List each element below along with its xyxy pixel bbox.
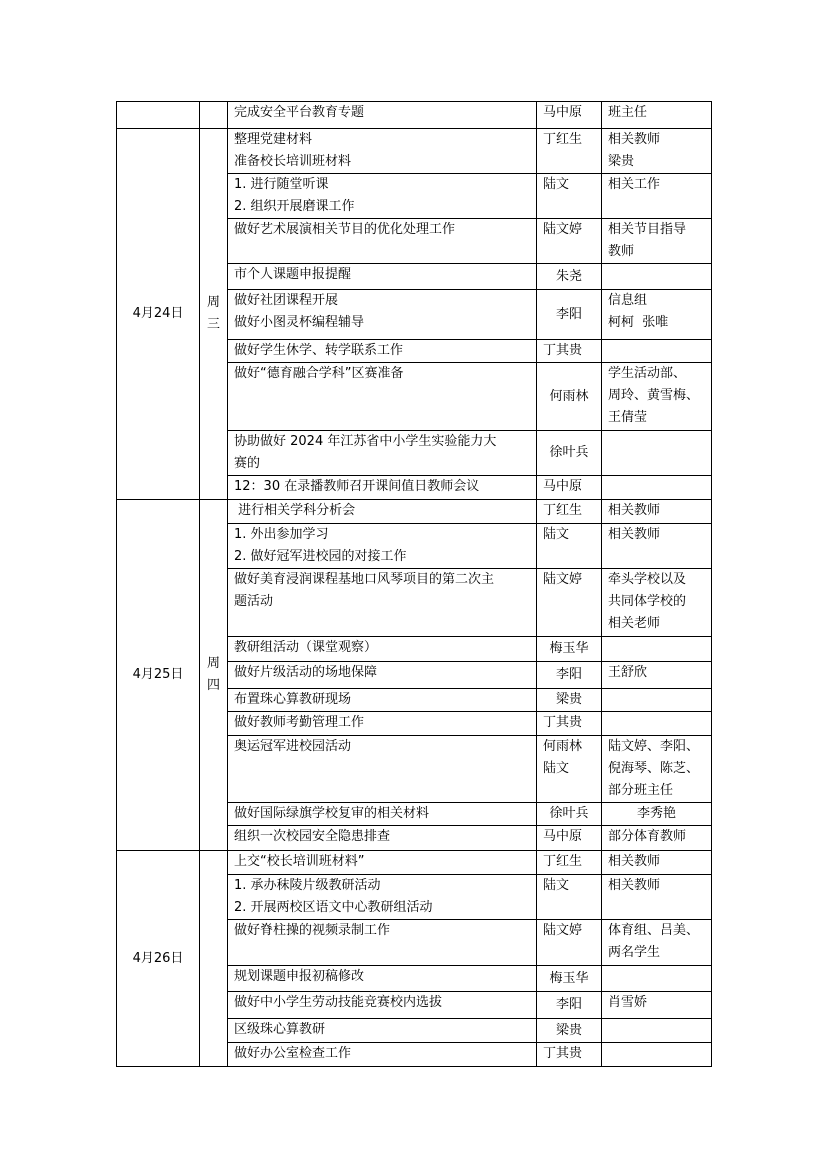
- task-cell: 1. 外出参加学习2. 做好冠军进校园的对接工作: [228, 524, 537, 569]
- partners-cell: 部分体育教师: [602, 826, 712, 851]
- task-cell: 规划课题申报初稿修改: [228, 966, 537, 992]
- partners-cell: [602, 637, 712, 662]
- owner-cell: 陆文婷: [537, 219, 602, 264]
- task-cell: 12：30 在录播教师召开课间值日教师会议: [228, 476, 537, 500]
- date-cell: [117, 102, 200, 129]
- weekday-cell: [200, 851, 228, 1067]
- task-cell: 1. 进行随堂听课2. 组织开展磨课工作: [228, 174, 537, 219]
- table-row: 4月25日 周四 进行相关学科分析会 丁红生 相关教师: [117, 500, 712, 524]
- table-row: 4月24日 周三 整理党建材料准备校长培训班材料 丁红生 相关教师梁贵: [117, 129, 712, 174]
- owner-cell: 梅玉华: [537, 637, 602, 662]
- task-cell: 教研组活动（课堂观察）: [228, 637, 537, 662]
- partners-cell: 相关教师: [602, 875, 712, 920]
- partners-cell: [602, 712, 712, 736]
- task-cell: 做好脊柱操的视频录制工作: [228, 920, 537, 966]
- owner-cell: 李阳: [537, 290, 602, 340]
- task-cell: 协助做好 2024 年江苏省中小学生实验能力大赛的: [228, 431, 537, 476]
- partners-cell: 体育组、吕美、两名学生: [602, 920, 712, 966]
- task-cell: 完成安全平台教育专题: [228, 102, 537, 129]
- task-cell: 做好中小学生劳动技能竞赛校内选拔: [228, 992, 537, 1019]
- partners-cell: [602, 966, 712, 992]
- owner-cell: 陆文: [537, 875, 602, 920]
- owner-cell: 徐叶兵: [537, 803, 602, 826]
- partners-cell: 相关节目指导教师: [602, 219, 712, 264]
- task-cell: 做好美育浸润课程基地口风琴项目的第二次主题活动: [228, 569, 537, 637]
- weekday-cell: [200, 102, 228, 129]
- owner-cell: 何雨林 陆文: [537, 736, 602, 803]
- partners-cell: 王舒欣: [602, 662, 712, 689]
- table-row: 4月26日 上交“校长培训班材料” 丁红生 相关教师: [117, 851, 712, 875]
- owner-cell: 丁红生: [537, 500, 602, 524]
- partners-cell: 相关工作: [602, 174, 712, 219]
- task-cell: 做好片级活动的场地保障: [228, 662, 537, 689]
- task-cell: 做好“德育融合学科”区赛准备: [228, 363, 537, 431]
- partners-cell: 信息组柯柯 张唯: [602, 290, 712, 340]
- task-cell: 做好社团课程开展做好小图灵杯编程辅导: [228, 290, 537, 340]
- owner-cell: 丁红生: [537, 129, 602, 174]
- owner-cell: 陆文婷: [537, 569, 602, 637]
- owner-cell: 梁贵: [537, 1019, 602, 1043]
- task-cell: 奥运冠军进校园活动: [228, 736, 537, 803]
- partners-cell: 班主任: [602, 102, 712, 129]
- date-cell: 4月26日: [117, 851, 200, 1067]
- task-cell: 市个人课题申报提醒: [228, 264, 537, 290]
- task-cell: 布置珠心算教研现场: [228, 689, 537, 712]
- partners-cell: 李秀艳: [602, 803, 712, 826]
- owner-cell: 丁其贵: [537, 340, 602, 363]
- owner-cell: 朱尧: [537, 264, 602, 290]
- owner-cell: 梅玉华: [537, 966, 602, 992]
- schedule-table: 完成安全平台教育专题 马中原 班主任 4月24日 周三 整理党建材料准备校长培训…: [116, 101, 712, 1067]
- task-cell: 进行相关学科分析会: [228, 500, 537, 524]
- weekday-cell: 周四: [200, 500, 228, 851]
- owner-cell: 徐叶兵: [537, 431, 602, 476]
- partners-cell: [602, 689, 712, 712]
- partners-cell: [602, 431, 712, 476]
- partners-cell: 相关教师: [602, 851, 712, 875]
- owner-cell: 陆文: [537, 524, 602, 569]
- owner-cell: 丁红生: [537, 851, 602, 875]
- owner-cell: 李阳: [537, 992, 602, 1019]
- owner-cell: 马中原: [537, 102, 602, 129]
- owner-cell: 梁贵: [537, 689, 602, 712]
- task-cell: 上交“校长培训班材料”: [228, 851, 537, 875]
- task-cell: 做好国际绿旗学校复审的相关材料: [228, 803, 537, 826]
- task-cell: 区级珠心算教研: [228, 1019, 537, 1043]
- date-cell: 4月24日: [117, 129, 200, 500]
- partners-cell: [602, 340, 712, 363]
- owner-cell: 丁其贵: [537, 1043, 602, 1067]
- partners-cell: 相关教师梁贵: [602, 129, 712, 174]
- owner-cell: 丁其贵: [537, 712, 602, 736]
- partners-cell: [602, 1019, 712, 1043]
- task-cell: 1. 承办秣陵片级教研活动2. 开展两校区语文中心教研组活动: [228, 875, 537, 920]
- task-cell: 做好艺术展演相关节目的优化处理工作: [228, 219, 537, 264]
- date-cell: 4月25日: [117, 500, 200, 851]
- partners-cell: 相关教师: [602, 500, 712, 524]
- task-cell: 做好办公室检查工作: [228, 1043, 537, 1067]
- weekday-cell: 周三: [200, 129, 228, 500]
- partners-cell: [602, 264, 712, 290]
- owner-cell: 马中原: [537, 826, 602, 851]
- table-row: 完成安全平台教育专题 马中原 班主任: [117, 102, 712, 129]
- partners-cell: 肖雪娇: [602, 992, 712, 1019]
- owner-cell: 陆文: [537, 174, 602, 219]
- partners-cell: [602, 476, 712, 500]
- task-cell: 做好教师考勤管理工作: [228, 712, 537, 736]
- partners-cell: [602, 1043, 712, 1067]
- owner-cell: 何雨林: [537, 363, 602, 431]
- task-cell: 整理党建材料准备校长培训班材料: [228, 129, 537, 174]
- partners-cell: 陆文婷、李阳、倪海琴、陈芝、部分班主任: [602, 736, 712, 803]
- partners-cell: 相关教师: [602, 524, 712, 569]
- owner-cell: 马中原: [537, 476, 602, 500]
- owner-cell: 李阳: [537, 662, 602, 689]
- partners-cell: 牵头学校以及共同体学校的相关老师: [602, 569, 712, 637]
- partners-cell: 学生活动部、周玲、黄雪梅、王倩莹: [602, 363, 712, 431]
- task-cell: 组织一次校园安全隐患排查: [228, 826, 537, 851]
- task-cell: 做好学生休学、转学联系工作: [228, 340, 537, 363]
- owner-cell: 陆文婷: [537, 920, 602, 966]
